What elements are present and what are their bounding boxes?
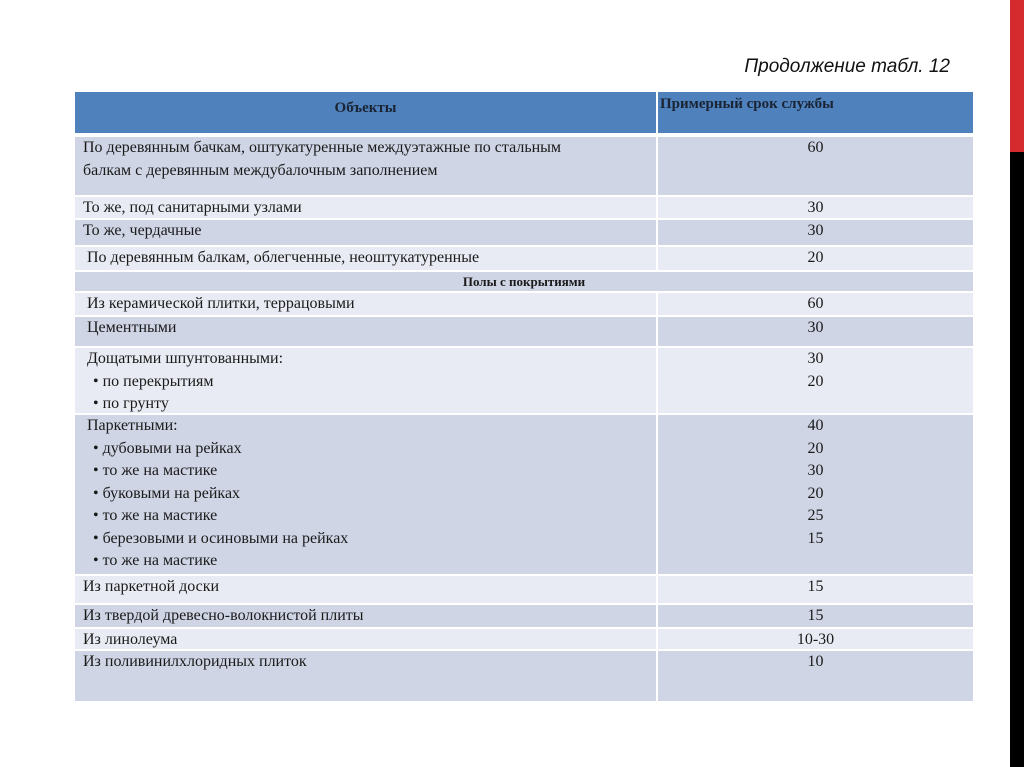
service-life-value: 20 bbox=[658, 371, 973, 394]
service-life-value: 15 bbox=[658, 528, 973, 551]
service-life-cell: 30 bbox=[658, 220, 973, 245]
table-caption: Продолжение табл. 12 bbox=[700, 56, 950, 78]
table-row: Из поливинилхлоридных плиток10 bbox=[75, 651, 973, 701]
service-life-value: 30 bbox=[658, 460, 973, 483]
service-life-cell: 30 bbox=[658, 317, 973, 346]
service-life-cell: 10 bbox=[658, 651, 973, 701]
object-text: • березовыми и осиновыми на рейках bbox=[87, 528, 656, 551]
object-cell: Дощатыми шпунтованными:• по перекрытиям•… bbox=[75, 348, 656, 413]
object-text: • по грунту bbox=[87, 393, 656, 416]
header-service-life: Примерный срок службы bbox=[658, 92, 973, 133]
service-life-value: 15 bbox=[658, 605, 973, 628]
service-life-cell: 10-30 bbox=[658, 629, 973, 649]
service-life-value: 60 bbox=[658, 137, 973, 160]
service-life-cell: 402030202515 bbox=[658, 415, 973, 574]
table-row: То же, под санитарными узлами30 bbox=[75, 197, 973, 218]
object-cell: Паркетными:• дубовыми на рейках• то же н… bbox=[75, 415, 656, 574]
object-text: балкам с деревянным междубалочным заполн… bbox=[83, 160, 656, 183]
service-life-value: 25 bbox=[658, 505, 973, 528]
object-cell: Из керамической плитки, террацовыми bbox=[75, 293, 656, 315]
object-text: По деревянным балкам, облегченные, неошт… bbox=[87, 247, 656, 270]
service-life-cell: 30 bbox=[658, 197, 973, 218]
service-life-value: 30 bbox=[658, 348, 973, 371]
object-text: Цементными bbox=[87, 317, 656, 340]
service-life-value: 20 bbox=[658, 247, 973, 270]
service-life-cell: 20 bbox=[658, 247, 973, 270]
service-life-value: 20 bbox=[658, 438, 973, 461]
service-life-value: 40 bbox=[658, 415, 973, 438]
object-cell: По деревянным балкам, облегченные, неошт… bbox=[75, 247, 656, 270]
object-cell: Из паркетной доски bbox=[75, 576, 656, 603]
object-text: • дубовыми на рейках bbox=[87, 438, 656, 461]
service-life-cell: 3020 bbox=[658, 348, 973, 413]
service-life-cell: 15 bbox=[658, 576, 973, 603]
object-cell: Из поливинилхлоридных плиток bbox=[75, 651, 656, 701]
object-text: • то же на мастике bbox=[87, 505, 656, 528]
table-row: Из паркетной доски15 bbox=[75, 576, 973, 603]
service-life-value: 30 bbox=[658, 197, 973, 220]
object-text: • то же на мастике bbox=[87, 550, 656, 573]
object-cell: По деревянным бачкам, оштукатуренные меж… bbox=[75, 137, 656, 195]
service-life-cell: 15 bbox=[658, 605, 973, 627]
object-text: • по перекрытиям bbox=[87, 371, 656, 394]
accent-bar-black bbox=[1010, 152, 1024, 767]
section-row: Полы с покрытиями bbox=[75, 272, 973, 291]
object-text: Из паркетной доски bbox=[83, 576, 656, 599]
object-text: • то же на мастике bbox=[87, 460, 656, 483]
object-text: То же, чердачные bbox=[83, 220, 656, 243]
object-cell: Из твердой древесно-волокнистой плиты bbox=[75, 605, 656, 627]
object-text: Из твердой древесно-волокнистой плиты bbox=[83, 605, 656, 628]
object-text: Паркетными: bbox=[87, 415, 656, 438]
table-row: Из линолеума10-30 bbox=[75, 629, 973, 649]
table-row: Из керамической плитки, террацовыми60 bbox=[75, 293, 973, 315]
object-cell: То же, чердачные bbox=[75, 220, 656, 245]
object-cell: Из линолеума bbox=[75, 629, 656, 649]
service-life-value: 15 bbox=[658, 576, 973, 599]
service-life-value: 20 bbox=[658, 483, 973, 506]
table-row: Цементными30 bbox=[75, 317, 973, 346]
object-text: Дощатыми шпунтованными: bbox=[87, 348, 656, 371]
table-row: По деревянным бачкам, оштукатуренные меж… bbox=[75, 137, 973, 195]
object-cell: Цементными bbox=[75, 317, 656, 346]
accent-bar-red bbox=[1010, 0, 1024, 152]
service-life-value: 10 bbox=[658, 651, 973, 674]
table-row: Дощатыми шпунтованными:• по перекрытиям•… bbox=[75, 348, 973, 413]
object-text: То же, под санитарными узлами bbox=[83, 197, 656, 220]
object-text: Из линолеума bbox=[83, 629, 656, 652]
table-row: Паркетными:• дубовыми на рейках• то же н… bbox=[75, 415, 973, 574]
table-row: То же, чердачные30 bbox=[75, 220, 973, 245]
object-text: Из поливинилхлоридных плиток bbox=[83, 651, 656, 674]
header-objects: Объекты bbox=[75, 92, 656, 133]
section-title: Полы с покрытиями bbox=[75, 272, 973, 291]
service-life-cell: 60 bbox=[658, 137, 973, 195]
service-life-cell: 60 bbox=[658, 293, 973, 315]
table-row: Из твердой древесно-волокнистой плиты15 bbox=[75, 605, 973, 627]
table-header: Объекты Примерный срок службы bbox=[75, 92, 973, 133]
service-life-value: 10-30 bbox=[658, 629, 973, 652]
service-life-value: 30 bbox=[658, 317, 973, 340]
object-text: Из керамической плитки, террацовыми bbox=[87, 293, 656, 316]
object-cell: То же, под санитарными узлами bbox=[75, 197, 656, 218]
table-row: По деревянным балкам, облегченные, неошт… bbox=[75, 247, 973, 270]
object-text: • буковыми на рейках bbox=[87, 483, 656, 506]
object-text: По деревянным бачкам, оштукатуренные меж… bbox=[83, 137, 656, 160]
service-life-value: 60 bbox=[658, 293, 973, 316]
service-life-value: 30 bbox=[658, 220, 973, 243]
